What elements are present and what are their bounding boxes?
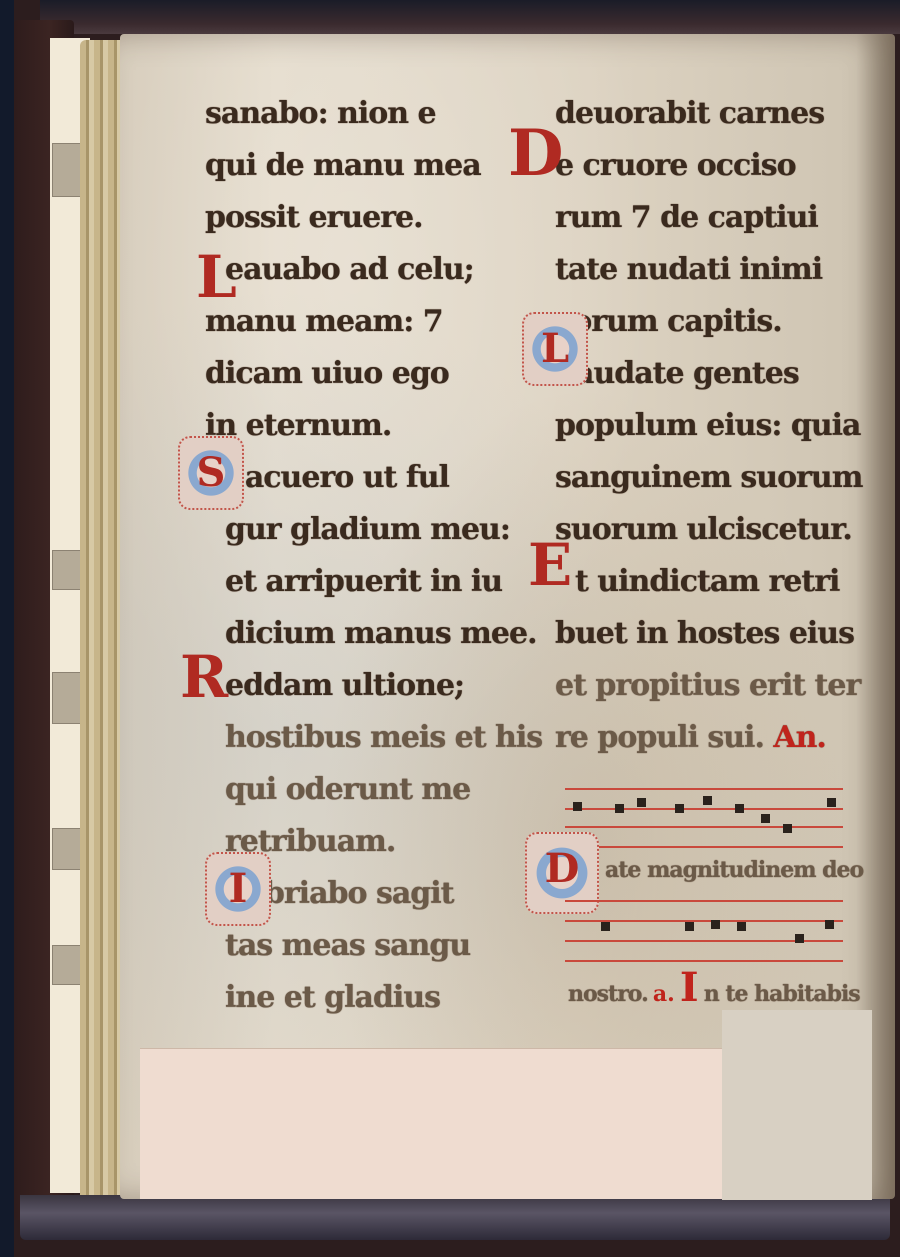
neume <box>601 922 610 931</box>
text-line: audate gentes <box>555 348 850 400</box>
neume <box>573 802 582 811</box>
red-initial: E <box>528 536 572 594</box>
cover-bottom-edge <box>20 1195 890 1240</box>
text-line: dicam uiuo ego <box>205 348 505 400</box>
text-line: gur gladium meu: <box>205 504 505 556</box>
neume <box>795 934 804 943</box>
text-line: hostibus meis et his <box>205 712 505 764</box>
text-line: qui de manu mea <box>205 140 505 192</box>
text-line: et arripuerit in iu <box>205 556 505 608</box>
illuminated-initial: I <box>205 852 271 926</box>
text-line: tate nudati inimi <box>555 244 850 296</box>
text-line: buet in hostes eius <box>555 608 850 660</box>
text-line: populum eius: quia <box>555 400 850 452</box>
text-line: sanabo: nion e <box>205 88 505 140</box>
text-line: possit eruere. <box>205 192 505 244</box>
red-initial: I <box>680 964 699 1011</box>
text-line: eauabo ad celu; <box>205 244 505 296</box>
illuminated-initial: L <box>522 312 588 386</box>
neume <box>615 804 624 813</box>
staff-line <box>565 960 843 962</box>
neume <box>637 798 646 807</box>
staff-line <box>565 788 843 790</box>
cover-top-edge <box>40 0 900 34</box>
text-line: suorum ulciscetur. <box>555 504 850 556</box>
text-line: e cruore occiso <box>555 140 850 192</box>
chant-text-row: nostro. a. I n te habitabis <box>568 968 860 1008</box>
neume <box>783 824 792 833</box>
antiphon-rubric: An. <box>773 720 826 755</box>
neume <box>737 922 746 931</box>
text-line: t uindictam retri <box>555 556 850 608</box>
music-staff <box>565 788 843 850</box>
text-line: ine et gladius <box>205 972 505 1024</box>
parchment-repair-right <box>722 1010 872 1200</box>
red-initial: L <box>196 248 237 306</box>
chant-text: n te habitabis <box>704 981 860 1007</box>
text-line: dicium manus mee. <box>205 608 505 660</box>
text-line: rum 7 de captiui <box>555 192 850 244</box>
neume <box>685 922 694 931</box>
neume <box>703 796 712 805</box>
text-line-content: re populi sui. <box>555 720 764 755</box>
right-text-column: deuorabit carnes e cruore occiso rum 7 d… <box>555 88 850 764</box>
neume <box>675 804 684 813</box>
neume <box>711 920 720 929</box>
staff-line <box>565 826 843 828</box>
text-line: manu meam: 7 <box>205 296 505 348</box>
paper-repair-patch <box>140 1048 722 1199</box>
text-line: corum capitis. <box>555 296 850 348</box>
neume <box>827 798 836 807</box>
neume <box>761 814 770 823</box>
neume <box>825 920 834 929</box>
red-initial: D <box>508 125 564 183</box>
text-line: re populi sui. An. <box>555 712 850 764</box>
chant-text: nostro. <box>568 981 648 1007</box>
illuminated-initial: S <box>178 436 244 510</box>
staff-line <box>565 900 843 902</box>
text-line: qui oderunt me <box>205 764 505 816</box>
music-staff <box>565 900 843 962</box>
neume <box>735 804 744 813</box>
staff-line <box>565 808 843 810</box>
red-initial: R <box>180 648 228 706</box>
text-line: deuorabit carnes <box>555 88 850 140</box>
text-line: i acuero ut ful <box>205 452 505 504</box>
staff-line <box>565 846 843 848</box>
text-line: et propitius erit ter <box>555 660 850 712</box>
rubric-text: a. <box>653 981 675 1007</box>
chant-text: ate magnitudinem deo <box>605 852 863 888</box>
text-line: eddam ultione; <box>205 660 505 712</box>
text-line: sanguinem suorum <box>555 452 850 504</box>
text-line: tas meas sangu <box>205 920 505 972</box>
text-line: in eternum. <box>205 400 505 452</box>
